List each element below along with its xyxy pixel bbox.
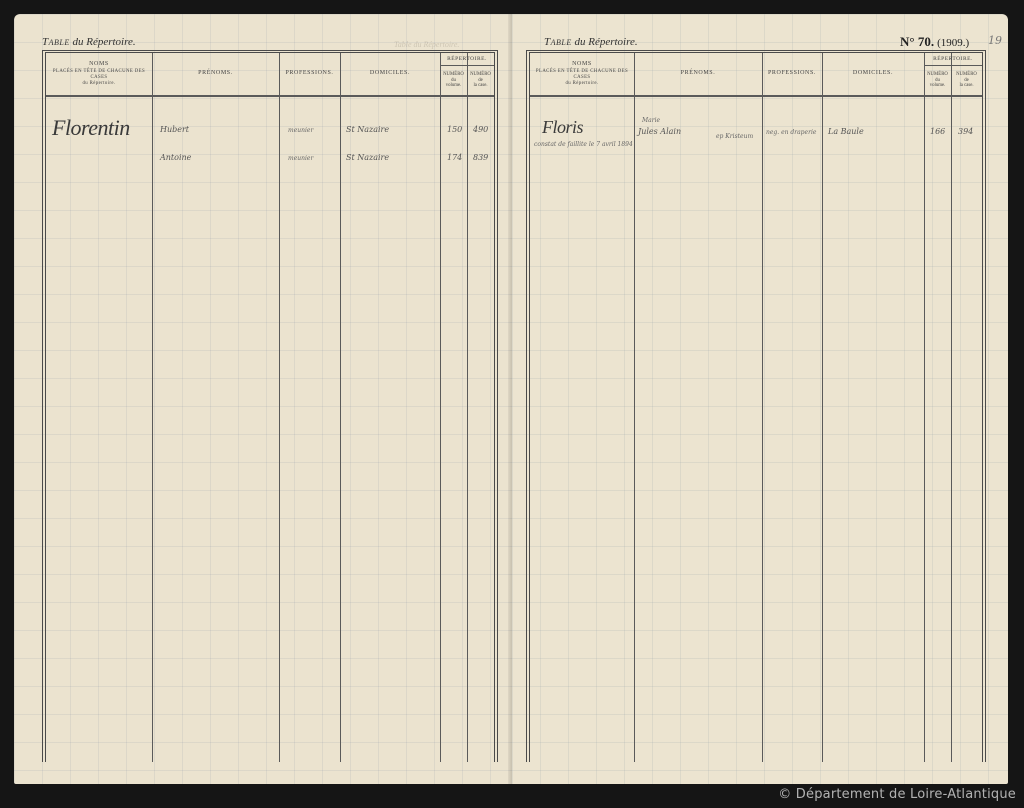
entry-domicile: La Baule <box>828 127 864 136</box>
left-page: Table du Répertoire. Table du Répertoire… <box>14 14 512 784</box>
col-header-domiciles: DOMICILES. <box>340 53 440 95</box>
col-header-volume: NUMÉRO du volume. <box>440 66 467 95</box>
entry-prenom: Antoine <box>160 153 191 162</box>
entry-case: 839 <box>473 153 488 162</box>
entry-profession: meunier <box>288 127 313 134</box>
right-page: Table du Répertoire. N° 70.(1909.) 19 NO… <box>512 14 1008 784</box>
col-header-repertoire: RÉPERTOIRE. <box>440 53 494 66</box>
col-header-volume: NUMÉRO du volume. <box>924 66 951 95</box>
entry-case: 394 <box>958 127 973 136</box>
entry-domicile: St Nazaire <box>346 153 389 162</box>
entry-prenom-note: ep Kristeum <box>716 133 753 140</box>
col-header-case: NUMÉRO de la case. <box>951 66 982 95</box>
entry-prenom: Hubert <box>160 125 189 134</box>
entry-nom: Floris <box>542 117 583 138</box>
entry-case: 490 <box>473 125 488 134</box>
col-header-repertoire: RÉPERTOIRE. <box>924 53 982 66</box>
col-header-domiciles: DOMICILES. <box>822 53 924 95</box>
copyright-watermark: © Département de Loire-Atlantique <box>778 787 1016 802</box>
entry-nom: Florentin <box>52 115 130 141</box>
right-register-table: NOMS PLACÉS EN TÊTE DE CHACUNE DES CASES… <box>526 50 986 762</box>
register-number: N° 70.(1909.) <box>900 34 969 50</box>
col-header-professions: PROFESSIONS. <box>762 53 822 95</box>
entry-nom-note: constat de faillite le 7 avril 1894 <box>534 141 633 148</box>
col-header-prenoms: PRÉNOMS. <box>634 53 762 95</box>
left-register-table: NOMS PLACÉS EN TÊTE DE CHACUNE DES CASES… <box>42 50 498 762</box>
col-header-noms: NOMS PLACÉS EN TÊTE DE CHACUNE DES CASES… <box>530 53 634 95</box>
col-header-noms: NOMS PLACÉS EN TÊTE DE CHACUNE DES CASES… <box>46 53 152 95</box>
bleed-through-text: Table du Répertoire. <box>394 40 459 49</box>
entry-volume: 174 <box>447 153 462 162</box>
col-header-case: NUMÉRO de la case. <box>467 66 494 95</box>
right-table-header: NOMS PLACÉS EN TÊTE DE CHACUNE DES CASES… <box>530 53 982 97</box>
col-header-professions: PROFESSIONS. <box>279 53 340 95</box>
entry-profession: meunier <box>288 155 313 162</box>
entry-volume: 166 <box>930 127 945 136</box>
entry-profession: neg. en draperie <box>766 129 816 136</box>
folio-number: 19 <box>988 34 1002 47</box>
entry-volume: 150 <box>447 125 462 134</box>
entry-prenom-above: Marie <box>642 117 660 124</box>
entry-domicile: St Nazaire <box>346 125 389 134</box>
left-table-header: NOMS PLACÉS EN TÊTE DE CHACUNE DES CASES… <box>46 53 494 97</box>
right-page-title: Table du Répertoire. <box>544 36 638 48</box>
col-header-prenoms: PRÉNOMS. <box>152 53 279 95</box>
left-page-title: Table du Répertoire. <box>42 36 136 48</box>
entry-prenom: Jules Alain <box>638 127 681 136</box>
